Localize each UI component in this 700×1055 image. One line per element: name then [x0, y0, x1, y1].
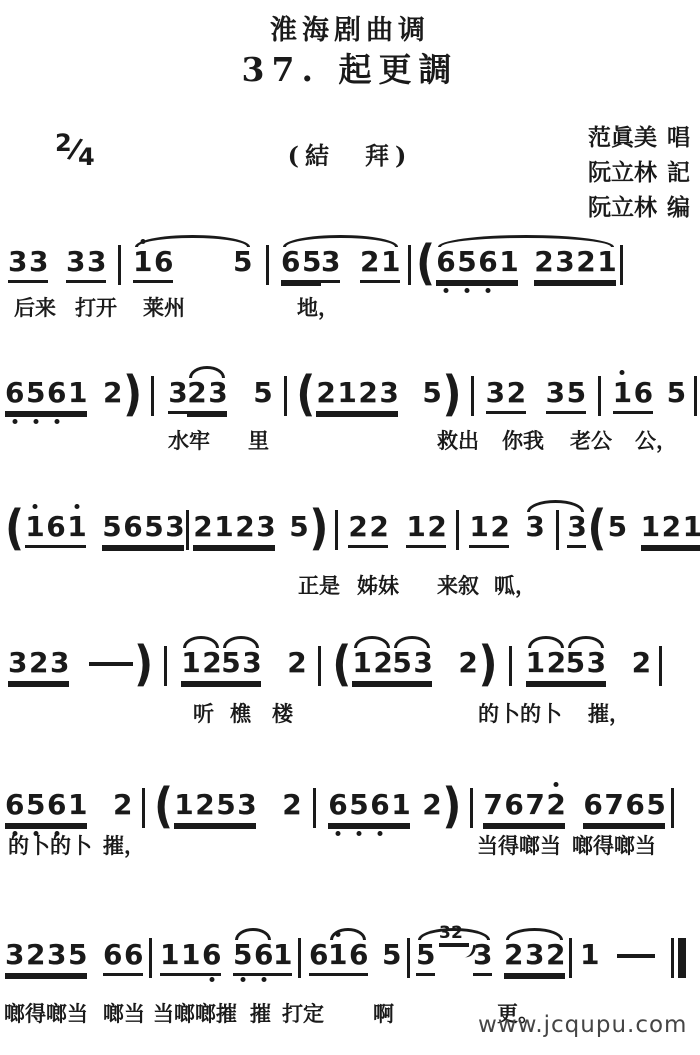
note: 1 [641, 512, 660, 542]
note: 5 [253, 378, 272, 408]
note-group: 3 [321, 247, 340, 283]
note-group: 16 [133, 247, 173, 283]
lyric-syllable: 摧 [250, 998, 271, 1028]
note: 7 [525, 790, 544, 820]
slur-group: 616 [309, 940, 368, 976]
parenthesis: ) [309, 506, 328, 550]
note: 5 [26, 378, 45, 408]
note: 2 [235, 512, 254, 542]
note: 5 [349, 790, 368, 820]
note: 1 [597, 247, 616, 277]
spacer [606, 648, 632, 684]
note: 6 [124, 940, 143, 970]
note-group: 33 [8, 247, 48, 283]
low-octave-dot [12, 419, 17, 424]
note-group: 32 [486, 378, 526, 414]
lyric-syllable: 的卜的卜 [8, 830, 92, 860]
note: 2 [490, 512, 509, 542]
lyric-syllable: 樵 [230, 698, 251, 728]
note: 2 [282, 790, 301, 820]
note: 5 [422, 378, 441, 408]
note: 2 [195, 790, 214, 820]
note: 3 [256, 512, 275, 542]
note: 2 [546, 940, 565, 970]
note: 3 [473, 940, 492, 970]
lyric-syllable: 打定 [282, 998, 324, 1028]
parenthesis: ( [296, 372, 315, 416]
note-group: 1 [580, 940, 599, 973]
note: 5 [382, 940, 401, 970]
note-group: 6 [309, 940, 328, 976]
lyric-syllable: 水牢 [168, 425, 210, 455]
note: 1 [160, 940, 179, 970]
note: 6 [202, 940, 221, 970]
slur-arc [528, 636, 564, 648]
note-group: 5 [608, 512, 627, 545]
note: 5 [457, 247, 476, 277]
lyric-syllable: 来叙 [437, 570, 479, 600]
slur-group: 12532 [352, 648, 477, 684]
note: 2 [546, 790, 565, 820]
note-group: 53 [566, 648, 606, 684]
slur-arc [283, 235, 398, 247]
note: 5 [289, 512, 308, 542]
note: 6 [436, 247, 455, 277]
note: 1 [174, 790, 193, 820]
parenthesis: ( [5, 506, 24, 550]
slur-arc [330, 928, 366, 940]
lyric-syllable: 啊 [373, 998, 394, 1028]
music-line: 323)12532(12532)12532 [8, 648, 662, 686]
final-barline [671, 938, 686, 978]
barline [186, 510, 189, 550]
low-octave-dot [261, 977, 266, 982]
lyric-syllable: 救出 [437, 425, 479, 455]
parenthesis: ( [332, 642, 351, 686]
spacer [559, 512, 567, 550]
note: 1 [469, 512, 488, 542]
credit-arranger: 阮立林编 [588, 190, 690, 225]
barline [598, 376, 601, 416]
note: 1 [526, 648, 545, 678]
watermark: www.jcqupu.com [478, 1012, 687, 1038]
slur-group: 3235 [168, 378, 272, 414]
note-group: 16 [613, 378, 653, 414]
slur-group: 12532 [181, 648, 306, 684]
note: 5 [416, 940, 435, 970]
lyric-syllable: 听 [193, 698, 214, 728]
barline [118, 245, 121, 285]
note: 1 [133, 247, 152, 277]
note: 2 [360, 247, 379, 277]
note-group: 323 [8, 648, 69, 684]
note: 5 [302, 247, 321, 277]
note: 3 [321, 247, 340, 277]
lyric-syllable: 正是 [298, 570, 340, 600]
barline [659, 646, 662, 686]
lyric-syllable: 啷得啷当 [4, 998, 88, 1028]
note: 2 [202, 648, 221, 678]
note-group: 2 [458, 648, 477, 684]
note: 2 [632, 648, 651, 678]
music-line: (161565321235)22121233(51212 [4, 512, 700, 550]
note: 6 [625, 790, 644, 820]
note-group: 16 [328, 940, 368, 976]
note-group: 2 [113, 790, 132, 823]
note-group: 2123 [193, 512, 275, 548]
lyric-syllable: 后来 [14, 292, 56, 322]
note: 1 [337, 378, 356, 408]
high-octave-dot [553, 782, 558, 787]
note: 6 [254, 940, 273, 970]
note: 1 [67, 512, 86, 542]
barline [164, 646, 167, 686]
barline [407, 938, 410, 978]
lyric-syllable: 摧， [103, 830, 145, 860]
note-group: 6765 [583, 790, 665, 826]
note-group: 3 [567, 512, 586, 550]
lyric-line: 后来打开莱州地， [0, 292, 700, 320]
slur-arc [223, 636, 259, 648]
note-group: 5 [667, 378, 686, 411]
credit-role: 唱 [667, 124, 690, 151]
spacer [173, 247, 233, 283]
note: 1 [391, 790, 410, 820]
note: 2 [316, 378, 335, 408]
credit-role: 記 [667, 159, 690, 186]
slur-arc [183, 636, 219, 648]
note: 1 [381, 247, 400, 277]
parenthesis: ) [123, 372, 142, 416]
note: 1 [328, 940, 347, 970]
note-group: 2 [632, 648, 651, 684]
note: 6 [47, 790, 66, 820]
lyric-syllable: 摧， [588, 698, 630, 728]
barline [335, 510, 338, 550]
note-group: 1 [273, 940, 292, 976]
note-group: 1212 [641, 512, 700, 548]
note-group: 5 [416, 940, 435, 976]
slur-group: 232 [504, 940, 565, 976]
note-group: 56 [233, 940, 273, 976]
note: 1 [181, 940, 200, 970]
note: 6 [46, 512, 65, 542]
lyric-syllable: 打开 [75, 292, 117, 322]
note-group: 3 [168, 378, 187, 414]
note: 5 [102, 512, 121, 542]
barline [471, 376, 474, 416]
lyric-syllable: 呱， [494, 570, 536, 600]
note-group: 2 [422, 790, 441, 823]
spacer [432, 648, 458, 684]
lyric-syllable: 你我 [502, 425, 544, 455]
note: 5 [667, 378, 686, 408]
note: 6 [370, 790, 389, 820]
lyric-line: 的卜的卜摧，当得啷当啷得啷当 [0, 830, 700, 858]
sustain-dash [617, 954, 655, 958]
note: 3 [525, 940, 544, 970]
note: 7 [604, 790, 623, 820]
note-group: 5 [253, 378, 272, 414]
note-group: 2 [287, 648, 306, 684]
note: 6 [5, 790, 24, 820]
note: 2 [29, 648, 48, 678]
note-group: 232 [504, 940, 565, 976]
note: 6 [47, 378, 66, 408]
lyric-syllable: 啷当 [103, 998, 145, 1028]
barline [318, 646, 321, 686]
note: 5 [646, 790, 665, 820]
spacer [227, 378, 253, 414]
slur-arc [568, 636, 604, 648]
barline [694, 376, 697, 416]
lyric-syllable: 莱州 [143, 292, 185, 322]
grace-note-group: 32 [439, 940, 469, 976]
note: 6 [123, 512, 142, 542]
barline [620, 245, 623, 285]
music-line: 333316565321(65612321 [8, 247, 623, 285]
note-group: 65 [281, 247, 321, 283]
barline [456, 510, 459, 550]
lyric-syllable: 楼 [272, 698, 293, 728]
high-octave-dot [620, 370, 625, 375]
note: 3 [8, 648, 27, 678]
note-group: 23 [187, 378, 227, 414]
note: 3 [50, 648, 69, 678]
note: 2 [103, 378, 122, 408]
note: 3 [87, 247, 106, 277]
slur-group: 5323 [416, 940, 492, 976]
note: 3 [5, 940, 24, 970]
note-group: 161 [25, 512, 86, 548]
credit-role: 编 [667, 194, 690, 221]
note: 3 [237, 790, 256, 820]
note: 5 [567, 378, 586, 408]
slur-arc [189, 366, 225, 378]
note-group: 21 [360, 247, 400, 283]
note: 5 [144, 512, 163, 542]
slur-group: 561 [233, 940, 292, 976]
note: 1 [273, 940, 292, 970]
high-octave-dot [74, 504, 79, 509]
slur-group: 65612321 [436, 247, 616, 283]
score-page: 淮海剧曲调 37. 起更調 2/4 (結 拜) 范眞美唱 阮立林記 阮立林编 3… [0, 0, 700, 1055]
note: 2 [26, 940, 45, 970]
series-title: 淮海剧曲调 [0, 8, 700, 47]
note: 6 [328, 790, 347, 820]
note-group: 5 [422, 378, 441, 414]
note: 3 [8, 247, 27, 277]
note-group: 5 [382, 940, 401, 973]
note: 6 [583, 790, 602, 820]
note-group: 12 [181, 648, 221, 684]
note-group: 6561 [5, 378, 87, 414]
barline [509, 646, 512, 686]
note: 5 [392, 648, 411, 678]
music-line: 323566116561616553232321 [5, 940, 686, 978]
credit-name: 阮立林 [588, 194, 657, 221]
high-octave-dot [32, 504, 37, 509]
note: 2 [113, 790, 132, 820]
piece-title: 37. 起更調 [0, 44, 700, 91]
parenthesis: ( [154, 784, 173, 828]
sustain-dash [89, 662, 133, 666]
note: 6 [103, 940, 122, 970]
note-group: 3 [525, 512, 544, 550]
note: 6 [281, 247, 300, 277]
note: 3 [29, 247, 48, 277]
slur-arc [354, 636, 390, 648]
credit-singer: 范眞美唱 [588, 120, 690, 155]
lyric-syllable: 老公 [570, 425, 612, 455]
note-group: 5653 [102, 512, 184, 548]
slur-group: 33 [525, 512, 586, 550]
note-group: 22 [348, 512, 388, 548]
barline [142, 788, 145, 828]
note: 5 [608, 512, 627, 542]
note-group: 35 [546, 378, 586, 414]
note: 3 [165, 512, 184, 542]
low-octave-dot [33, 419, 38, 424]
note: 3 [525, 512, 544, 542]
note-group: 6561 [5, 790, 87, 826]
note: 6 [634, 378, 653, 408]
lyric-line: 水牢里救出你我老公公， [0, 425, 700, 453]
note: 6 [309, 940, 328, 970]
barline [298, 938, 301, 978]
note-group: 12 [406, 512, 446, 548]
barline [266, 245, 269, 285]
note: 5 [233, 940, 252, 970]
barline [671, 788, 674, 828]
note: 3 [546, 378, 565, 408]
note-group: 6561 [436, 247, 518, 283]
slur-arc [135, 235, 250, 247]
barline [408, 245, 411, 285]
lyric-syllable: 当啷啷摧 [153, 998, 237, 1028]
lyric-line: 听樵楼的卜的卜摧， [0, 698, 700, 726]
note: 5 [233, 247, 252, 277]
slur-group: 12532 [526, 648, 651, 684]
slur-group: 65321 [281, 247, 400, 283]
note-group: 2 [282, 790, 301, 823]
parenthesis: ) [442, 784, 461, 828]
parenthesis: ) [134, 642, 153, 686]
note-group: 2123 [316, 378, 398, 414]
spacer [261, 648, 287, 684]
note: 2 [427, 512, 446, 542]
note-group: 5 [289, 512, 308, 545]
parenthesis: ) [478, 642, 497, 686]
credit-name: 阮立林 [588, 159, 657, 186]
parenthesis: ( [416, 241, 435, 285]
slur-group: 21235 [316, 378, 441, 414]
note: 2 [534, 247, 553, 277]
low-octave-dot [54, 419, 59, 424]
note: 2 [287, 648, 306, 678]
note-group: 6561 [328, 790, 410, 826]
note: 6 [5, 378, 24, 408]
note: 5 [68, 940, 87, 970]
lyric-syllable: 公， [635, 425, 677, 455]
note-group: 116 [160, 940, 221, 976]
note: 1 [580, 940, 599, 970]
lyric-syllable: 姊妹 [357, 570, 399, 600]
note-group: 3235 [5, 940, 87, 976]
barline [569, 938, 572, 978]
barline [284, 376, 287, 416]
music-line: 65612(1253265612)76726765 [5, 790, 674, 828]
note: 3 [379, 378, 398, 408]
note: 1 [214, 512, 233, 542]
note-group: 5 [233, 247, 252, 283]
note: 1 [683, 512, 700, 542]
note-group: 33 [66, 247, 106, 283]
note: 3 [413, 648, 432, 678]
lyric-syllable: 的卜的卜 [478, 698, 562, 728]
note: 3 [208, 378, 227, 408]
note: 5 [26, 790, 45, 820]
parenthesis: ( [587, 506, 606, 550]
note: 3 [567, 512, 586, 542]
note: 2 [348, 512, 367, 542]
credit-name: 范眞美 [588, 124, 657, 151]
note-group: 53 [221, 648, 261, 684]
credits-block: 范眞美唱 阮立林記 阮立林编 [588, 120, 690, 225]
note: 2 [458, 648, 477, 678]
note: 1 [499, 247, 518, 277]
note: 1 [352, 648, 371, 678]
note: 2 [547, 648, 566, 678]
note: 2 [369, 512, 388, 542]
slur-arc [506, 928, 563, 940]
lyric-syllable: 当得啷当 [477, 830, 561, 860]
note: 5 [216, 790, 235, 820]
music-line: 65612)3235(21235)3235165 [5, 378, 697, 416]
note: 3 [242, 648, 261, 678]
low-octave-dot [240, 977, 245, 982]
note: 2 [504, 940, 523, 970]
note: 1 [613, 378, 632, 408]
spacer [398, 378, 422, 414]
note: 7 [483, 790, 502, 820]
lyric-syllable: 地， [297, 292, 339, 322]
note: 6 [154, 247, 173, 277]
lyric-syllable: 啷得啷当 [572, 830, 656, 860]
note: 3 [555, 247, 574, 277]
note: 3 [47, 940, 66, 970]
parenthesis: ) [442, 372, 461, 416]
note: 1 [181, 648, 200, 678]
slur-arc [527, 500, 584, 512]
lyric-syllable: 里 [248, 425, 269, 455]
credit-transcriber: 阮立林記 [588, 155, 690, 190]
note: 6 [504, 790, 523, 820]
spacer [544, 512, 556, 550]
note: 1 [68, 790, 87, 820]
note: 2 [358, 378, 377, 408]
barline [313, 788, 316, 828]
lyric-line: 正是姊妹来叙呱， [0, 570, 700, 598]
note: 1 [68, 378, 87, 408]
spacer [518, 247, 534, 283]
slur-arc [418, 928, 490, 940]
note-group: 7672 [483, 790, 565, 826]
note-group: 12 [526, 648, 566, 684]
slur-arc [438, 235, 614, 247]
note-group: 12 [352, 648, 392, 684]
barline [470, 788, 473, 828]
